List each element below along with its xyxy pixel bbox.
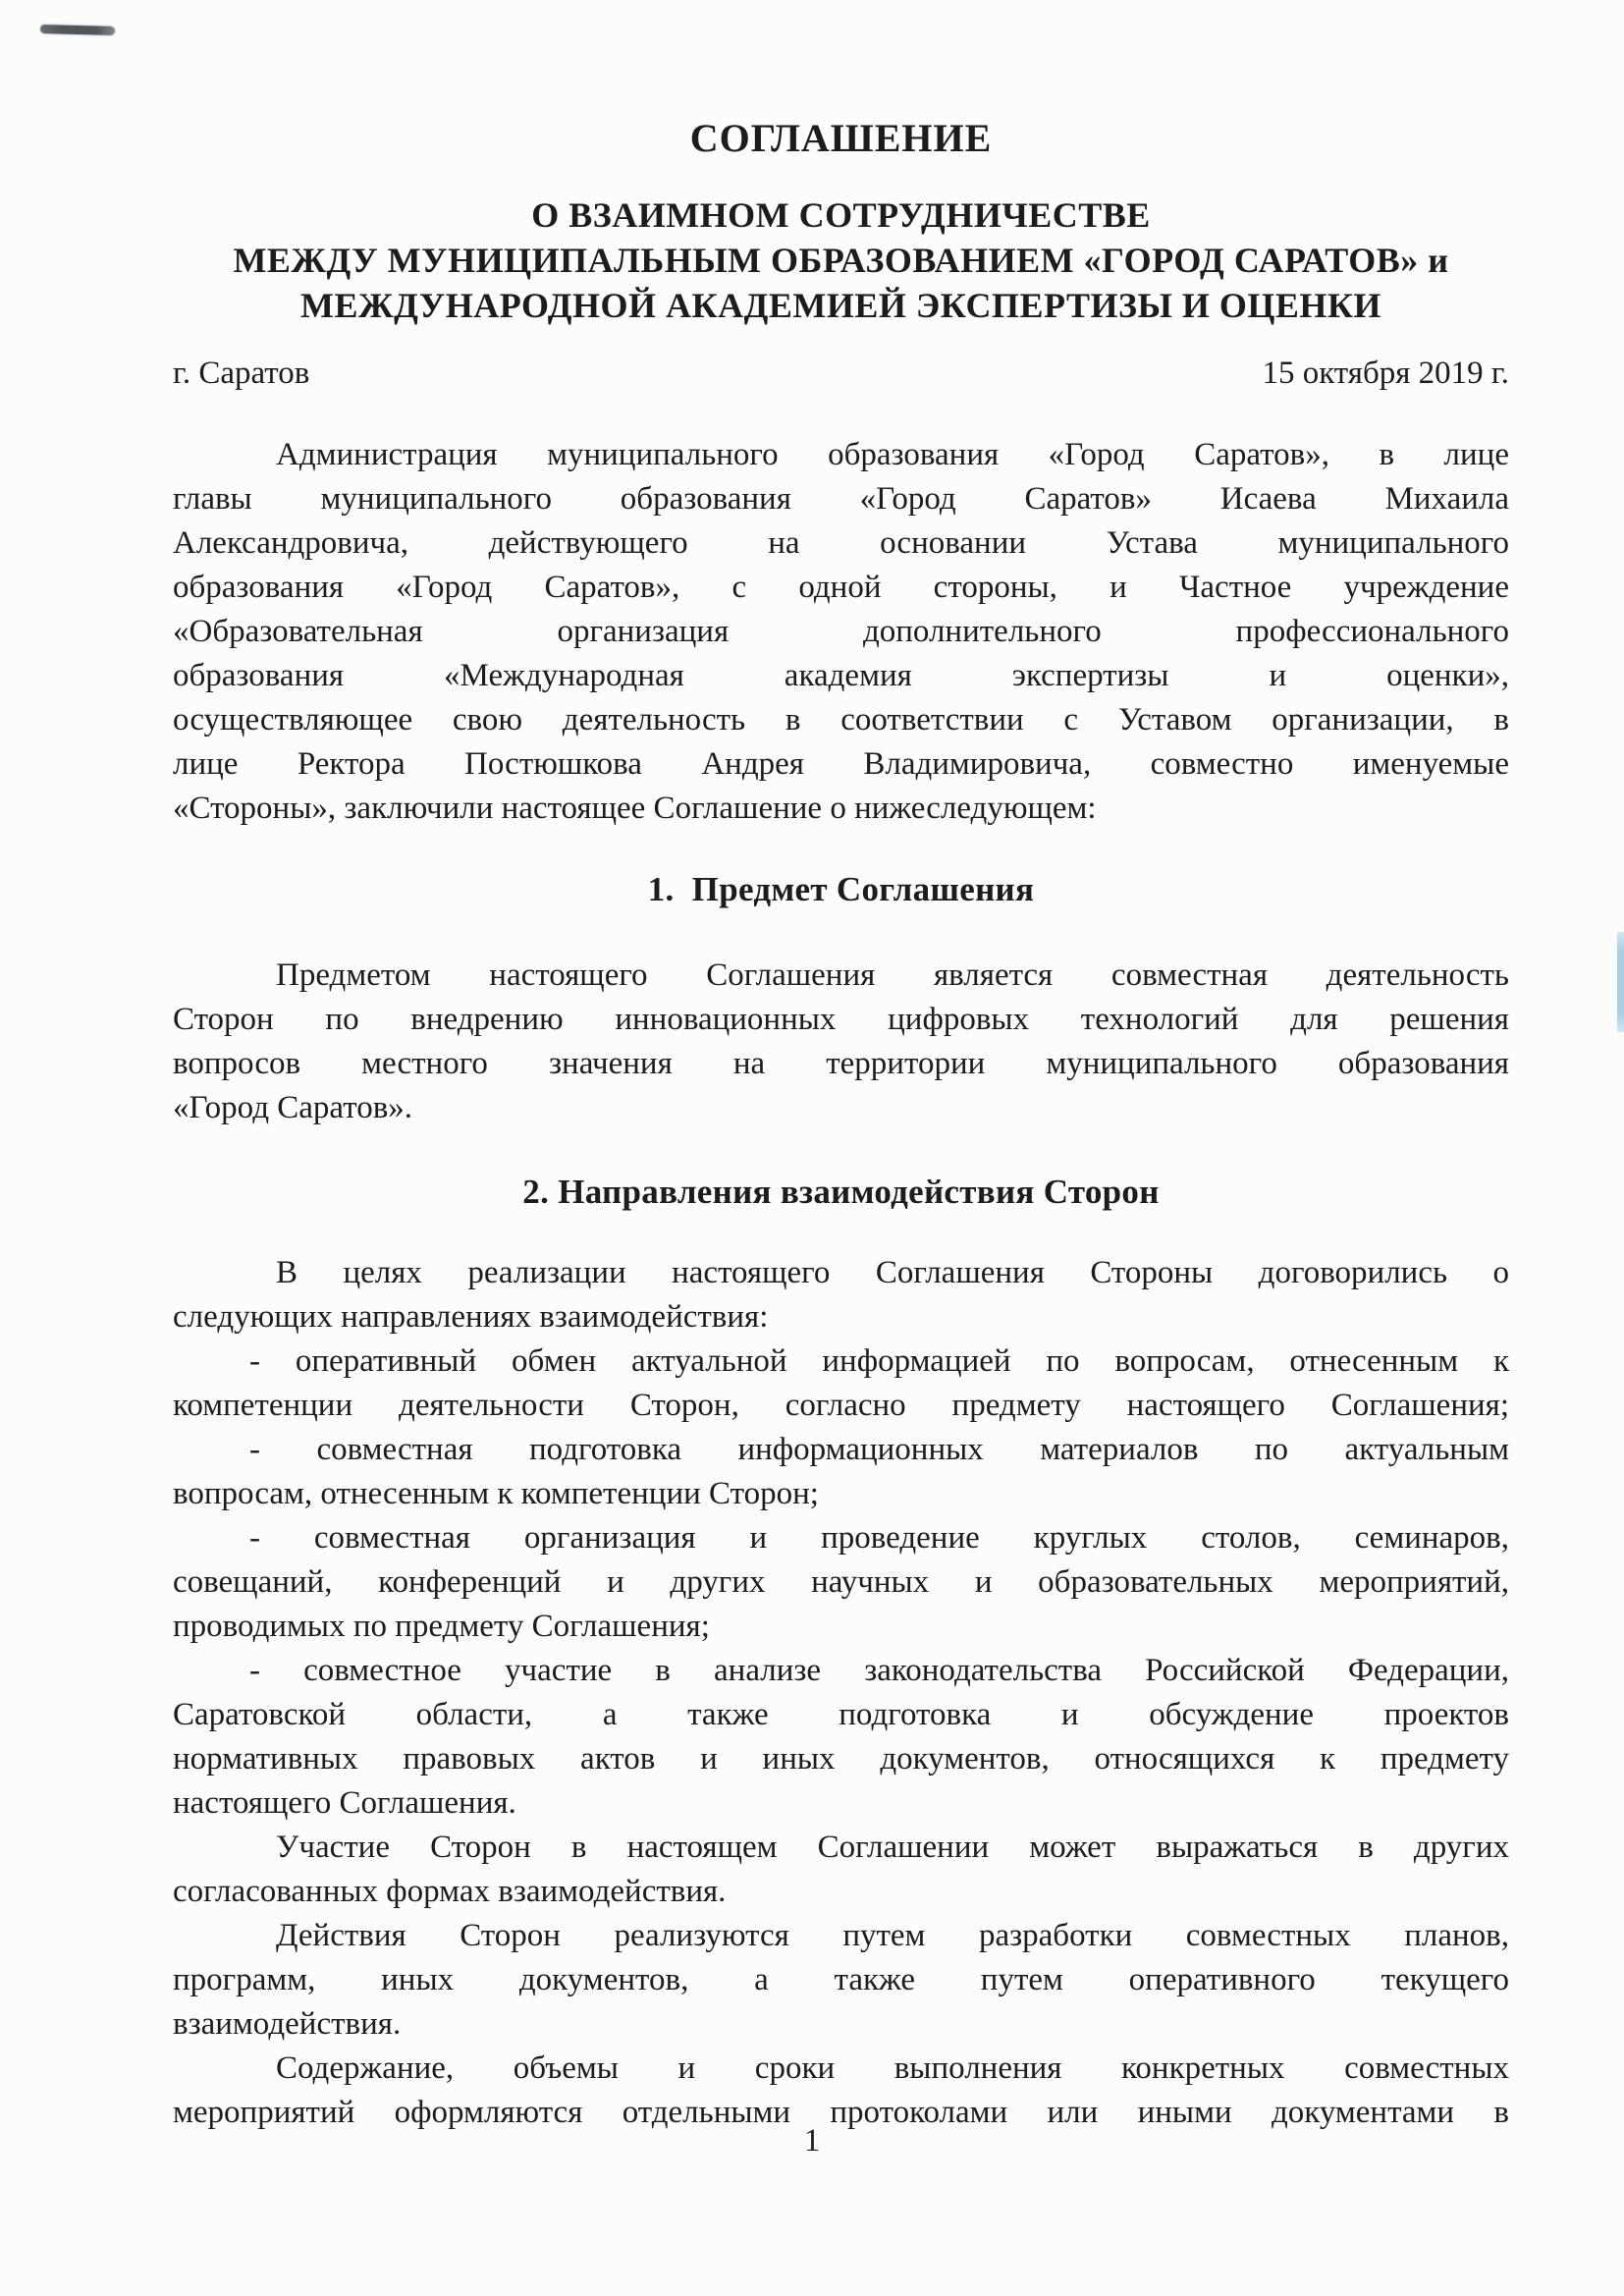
- document-line: вопросов местного значения на территории…: [173, 1042, 1509, 1086]
- document-title: СОГЛАШЕНИЕ: [173, 116, 1509, 161]
- document-line: программ, иных документов, а также путем…: [173, 1958, 1509, 2002]
- document-line: вопросам, отнесенным к компетенции Сторо…: [173, 1472, 1509, 1516]
- document-line: Администрация муниципального образования…: [173, 433, 1509, 477]
- document-line: Сторон по внедрению инновационных цифров…: [173, 998, 1509, 1042]
- document-line: лице Ректора Постюшкова Андрея Владимиро…: [173, 742, 1509, 787]
- section-heading: 2. Направления взаимодействия Сторон: [173, 1170, 1509, 1214]
- document-line: - совместная подготовка информационных м…: [173, 1428, 1509, 1472]
- document-line: «Стороны», заключили настоящее Соглашени…: [173, 787, 1509, 831]
- document-line: Содержание, объемы и сроки выполнения ко…: [173, 2047, 1509, 2091]
- place-label: г. Саратов: [173, 352, 309, 396]
- paragraph: Администрация муниципального образования…: [173, 433, 1509, 831]
- document-line: настоящего Соглашения.: [173, 1781, 1509, 1826]
- document-line: взаимодействия.: [173, 2002, 1509, 2047]
- document-subtitle-line: МЕЖДУ МУНИЦИПАЛЬНЫМ ОБРАЗОВАНИЕМ «ГОРОД …: [173, 238, 1509, 283]
- document-line: компетенции деятельности Сторон, согласн…: [173, 1384, 1509, 1428]
- pen-mark-artifact: [40, 25, 115, 35]
- document-line: следующих направлениях взаимодействия:: [173, 1295, 1509, 1339]
- paragraph: Действия Сторон реализуются путем разраб…: [173, 1914, 1509, 2047]
- paragraph: - оперативный обмен актуальной информаци…: [173, 1339, 1509, 1428]
- section-heading: 1. Предмет Соглашения: [173, 867, 1509, 911]
- document-line: образования «Международная академия эксп…: [173, 654, 1509, 698]
- paragraph: В целях реализации настоящего Соглашения…: [173, 1251, 1509, 1339]
- document-line: «Образовательная организация дополнитель…: [173, 610, 1509, 654]
- paragraph: - совместная организация и проведение кр…: [173, 1516, 1509, 1649]
- scanner-edge-strip-artifact: [1617, 932, 1624, 1032]
- paragraph: Предметом настоящего Соглашения является…: [173, 954, 1509, 1130]
- document-subtitle-line: О ВЗАИМНОМ СОТРУДНИЧЕСТВЕ: [173, 192, 1509, 238]
- document-line: проводимых по предмету Соглашения;: [173, 1605, 1509, 1649]
- document-subtitle-line: МЕЖДУНАРОДНОЙ АКАДЕМИЕЙ ЭКСПЕРТИЗЫ И ОЦЕ…: [173, 283, 1509, 328]
- scanned-document-page: СОГЛАШЕНИЕ О ВЗАИМНОМ СОТРУДНИЧЕСТВЕМЕЖД…: [0, 0, 1624, 2296]
- document-subtitle: О ВЗАИМНОМ СОТРУДНИЧЕСТВЕМЕЖДУ МУНИЦИПАЛ…: [173, 192, 1509, 328]
- document-line: - совместное участие в анализе законодат…: [173, 1649, 1509, 1693]
- paragraph: Участие Сторон в настоящем Соглашении мо…: [173, 1826, 1509, 1914]
- document-line: «Город Саратов».: [173, 1086, 1509, 1130]
- document-line: Александровича, действующего на основани…: [173, 521, 1509, 566]
- document-line: образования «Город Саратов», с одной сто…: [173, 566, 1509, 610]
- document-line: Предметом настоящего Соглашения является…: [173, 954, 1509, 998]
- document-line: - совместная организация и проведение кр…: [173, 1516, 1509, 1560]
- document-line: нормативных правовых актов и иных докуме…: [173, 1737, 1509, 1781]
- dateline: г. Саратов 15 октября 2019 г.: [173, 352, 1509, 396]
- document-line: Саратовской области, а также подготовка …: [173, 1693, 1509, 1737]
- document-body: Администрация муниципального образования…: [173, 433, 1509, 2135]
- document-line: Участие Сторон в настоящем Соглашении мо…: [173, 1826, 1509, 1870]
- paragraph: - совместное участие в анализе законодат…: [173, 1649, 1509, 1826]
- document-line: главы муниципального образования «Город …: [173, 477, 1509, 521]
- document-line: В целях реализации настоящего Соглашения…: [173, 1251, 1509, 1295]
- document-content: СОГЛАШЕНИЕ О ВЗАИМНОМ СОТРУДНИЧЕСТВЕМЕЖД…: [173, 0, 1509, 2135]
- document-line: согласованных формах взаимодействия.: [173, 1870, 1509, 1914]
- date-label: 15 октября 2019 г.: [1262, 352, 1509, 396]
- document-line: Действия Сторон реализуются путем разраб…: [173, 1914, 1509, 1958]
- paragraph: - совместная подготовка информационных м…: [173, 1428, 1509, 1516]
- document-line: - оперативный обмен актуальной информаци…: [173, 1339, 1509, 1384]
- document-line: осуществляющее свою деятельность в соотв…: [173, 698, 1509, 742]
- page-number: 1: [0, 2119, 1624, 2163]
- document-line: совещаний, конференций и других научных …: [173, 1560, 1509, 1605]
